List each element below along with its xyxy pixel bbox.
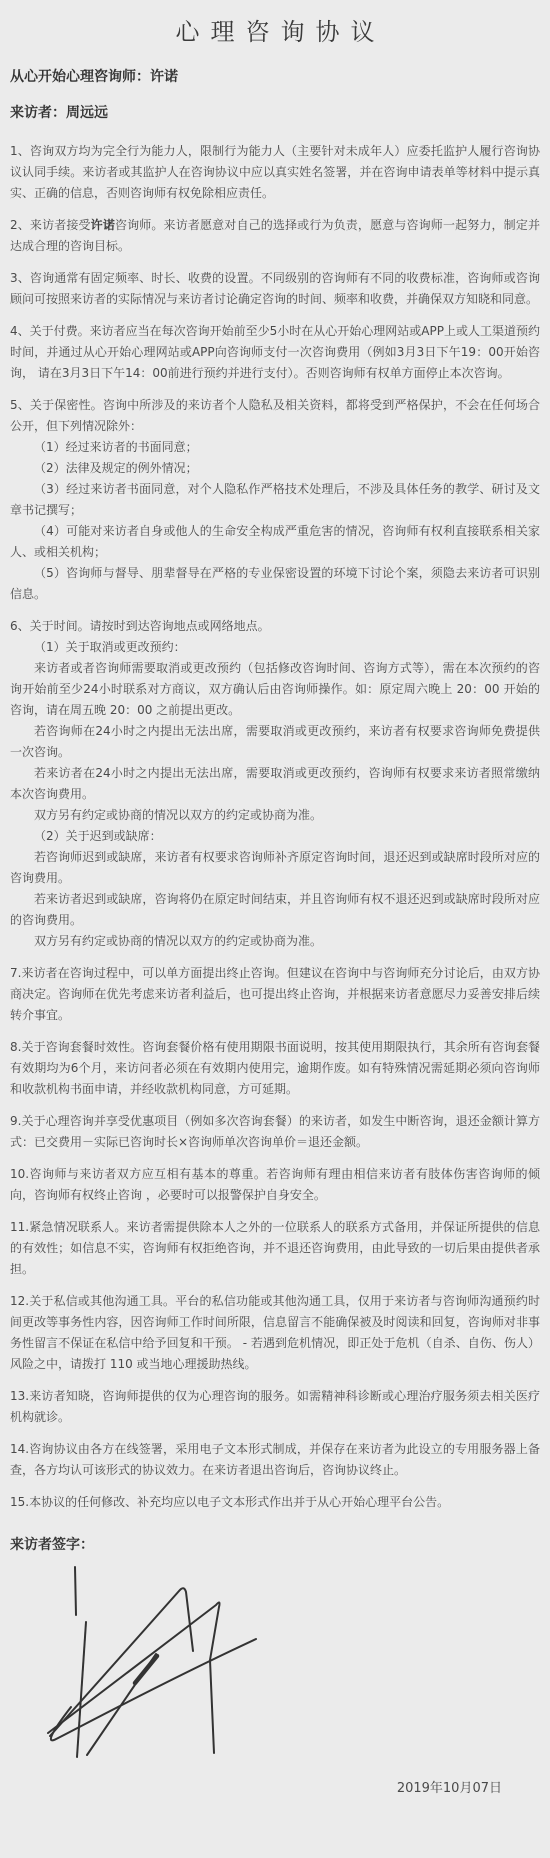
agreement-paragraph: 12.关于私信或其他沟通工具。平台的私信功能或其他沟通工具，仅用于来访者与咨询师… — [10, 1291, 540, 1375]
paragraph-text: 4、关于付费。来访者应当在每次咨询开始前至少5小时在从心开始心理网站或APP上或… — [10, 324, 540, 380]
agreement-paragraph: 若咨询师在24小时之内提出无法出席，需要取消或更改预约，来访者有权要求咨询师免费… — [10, 721, 540, 763]
agreement-paragraph: （1）经过来访者的书面同意； — [10, 437, 540, 458]
agreement-paragraph: （2）法律及规定的例外情况； — [10, 458, 540, 479]
signature-stroke — [77, 1622, 86, 1757]
signature-stroke — [75, 1567, 76, 1615]
agreement-paragraph: 7.来访者在咨询过程中，可以单方面提出终止咨询。但建议在咨询中与咨询师充分讨论后… — [10, 963, 540, 1026]
agreement-page: 心理咨询协议 从心开始心理咨询师：许诺 来访者：周远远 1、咨询双方均为完全行为… — [0, 0, 550, 1858]
agreement-paragraph: 双方另有约定或协商的情况以双方的约定或协商为准。 — [10, 805, 540, 826]
counselor-line: 从心开始心理咨询师：许诺 — [10, 67, 540, 87]
agreement-paragraph: 8.关于咨询套餐时效性。咨询套餐价格有使用期限书面说明，按其使用期限执行，其余所… — [10, 1037, 540, 1100]
agreement-paragraph: 11.紧急情况联系人。来访者需提供除本人之外的一位联系人的联系方式备用，并保证所… — [10, 1217, 540, 1280]
agreement-paragraph: 10.咨询师与来访者双方应互相有基本的尊重。若咨询师有理由相信来访者有肢体伤害咨… — [10, 1164, 540, 1206]
agreement-paragraph: 14.咨询协议由各方在线签署，采用电子文本形式制成，并保存在来访者为此设立的专用… — [10, 1439, 540, 1481]
paragraph-text: （5）咨询师与督导、朋辈督导在严格的专业保密设置的环境下讨论个案，须隐去来访者可… — [10, 566, 540, 601]
agreement-paragraph: （1）关于取消或更改预约： — [10, 637, 540, 658]
paragraph-text: 双方另有约定或协商的情况以双方的约定或协商为准。 — [34, 934, 322, 948]
paragraph-text: 9.关于心理咨询并享受优惠项目（例如多次咨询套餐）的来访者，如发生中断咨询，退还… — [10, 1114, 540, 1149]
agreement-paragraph: 若来访者迟到或缺席，咨询将仍在原定时间结束，并且咨询师有权不退还迟到或缺席时段所… — [10, 889, 540, 931]
paragraph-text: 12.关于私信或其他沟通工具。平台的私信功能或其他沟通工具，仅用于来访者与咨询师… — [10, 1294, 540, 1371]
agreement-paragraph: 3、咨询通常有固定频率、时长、收费的设置。不同级别的咨询师有不同的收费标准，咨询… — [10, 268, 540, 310]
paragraph-text: 6、关于时间。请按时到达咨询地点或网络地点。 — [10, 619, 270, 633]
agreement-paragraph: （5）咨询师与督导、朋辈督导在严格的专业保密设置的环境下讨论个案，须隐去来访者可… — [10, 563, 540, 605]
agreement-paragraph: 若来访者在24小时之内提出无法出席，需要取消或更改预约，咨询师有权要求来访者照常… — [10, 763, 540, 805]
paragraph-text: 10.咨询师与来访者双方应互相有基本的尊重。若咨询师有理由相信来访者有肢体伤害咨… — [10, 1167, 540, 1202]
agreement-paragraph: 2、来访者接受许诺咨询师。来访者愿意对自己的选择或行为负责，愿意与咨询师一起努力… — [10, 215, 540, 257]
signature-date: 2019年10月07日 — [10, 1780, 540, 1798]
paragraph-text: （2）关于迟到或缺席： — [34, 829, 162, 843]
agreement-paragraph: 9.关于心理咨询并享受优惠项目（例如多次咨询套餐）的来访者，如发生中断咨询，退还… — [10, 1111, 540, 1153]
paragraph-text: 14.咨询协议由各方在线签署，采用电子文本形式制成，并保存在来访者为此设立的专用… — [10, 1442, 540, 1477]
paragraph-text: 13.来访者知晓，咨询师提供的仅为心理咨询的服务。如需精神科诊断或心理治疗服务须… — [10, 1389, 540, 1424]
agreement-paragraph: 1、咨询双方均为完全行为能力人，限制行为能力人（主要针对未成年人）应委托监护人履… — [10, 141, 540, 204]
paragraph-text: （3）经过来访者书面同意，对个人隐私作严格技术处理后，不涉及具体任务的教学、研讨… — [10, 482, 540, 517]
agreement-paragraph: 4、关于付费。来访者应当在每次咨询开始前至少5小时在从心开始心理网站或APP上或… — [10, 321, 540, 384]
paragraph-text: （4）可能对来访者自身或他人的生命安全构成严重危害的情况，咨询师有权利直接联系相… — [10, 524, 540, 559]
paragraph-text: （2）法律及规定的例外情况； — [34, 461, 198, 475]
agreement-paragraph: （3）经过来访者书面同意，对个人隐私作严格技术处理后，不涉及具体任务的教学、研讨… — [10, 479, 540, 521]
paragraph-text: 5、关于保密性。咨询中所涉及的来访者个人隐私及相关资料，都将受到严格保护，不会在… — [10, 398, 540, 433]
agreement-paragraph: （4）可能对来访者自身或他人的生命安全构成严重危害的情况，咨询师有权利直接联系相… — [10, 521, 540, 563]
signature-stroke — [135, 1656, 157, 1683]
counselor-name: 许诺 — [150, 69, 178, 85]
agreement-body: 1、咨询双方均为完全行为能力人，限制行为能力人（主要针对未成年人）应委托监护人履… — [10, 141, 540, 1513]
agreement-paragraph: 双方另有约定或协商的情况以双方的约定或协商为准。 — [10, 931, 540, 952]
paragraph-text: 若来访者迟到或缺席，咨询将仍在原定时间结束，并且咨询师有权不退还迟到或缺席时段所… — [10, 892, 540, 927]
paragraph-text: 2、来访者接受 — [10, 218, 91, 232]
visitor-label: 来访者： — [10, 105, 66, 121]
paragraph-text: 1、咨询双方均为完全行为能力人，限制行为能力人（主要针对未成年人）应委托监护人履… — [10, 144, 540, 200]
paragraph-text: 若咨询师在24小时之内提出无法出席，需要取消或更改预约，来访者有权要求咨询师免费… — [10, 724, 540, 759]
visitor-signature-image — [43, 1559, 293, 1764]
visitor-name: 周远远 — [66, 105, 108, 121]
agreement-paragraph: 若咨询师迟到或缺席，来访者有权要求咨询师补齐原定咨询时间，退还迟到或缺席时段所对… — [10, 847, 540, 889]
paragraph-text: （1）经过来访者的书面同意； — [34, 440, 198, 454]
agreement-paragraph: 5、关于保密性。咨询中所涉及的来访者个人隐私及相关资料，都将受到严格保护，不会在… — [10, 395, 540, 437]
paragraph-text: 11.紧急情况联系人。来访者需提供除本人之外的一位联系人的联系方式备用，并保证所… — [10, 1220, 540, 1276]
paragraph-text: 双方另有约定或协商的情况以双方的约定或协商为准。 — [34, 808, 322, 822]
paragraph-text: 来访者或者咨询师需要取消或更改预约（包括修改咨询时间、咨询方式等），需在本次预约… — [10, 661, 540, 717]
agreement-paragraph: 来访者或者咨询师需要取消或更改预约（包括修改咨询时间、咨询方式等），需在本次预约… — [10, 658, 540, 721]
paragraph-bold-text: 许诺 — [91, 218, 115, 232]
paragraph-text: 若咨询师迟到或缺席，来访者有权要求咨询师补齐原定咨询时间，退还迟到或缺席时段所对… — [10, 850, 540, 885]
visitor-line: 来访者：周远远 — [10, 103, 540, 123]
paragraph-text: 3、咨询通常有固定频率、时长、收费的设置。不同级别的咨询师有不同的收费标准，咨询… — [10, 271, 540, 306]
paragraph-text: 7.来访者在咨询过程中，可以单方面提出终止咨询。但建议在咨询中与咨询师充分讨论后… — [10, 966, 540, 1022]
agreement-paragraph: （2）关于迟到或缺席： — [10, 826, 540, 847]
agreement-paragraph: 13.来访者知晓，咨询师提供的仅为心理咨询的服务。如需精神科诊断或心理治疗服务须… — [10, 1386, 540, 1428]
paragraph-text: 8.关于咨询套餐时效性。咨询套餐价格有使用期限书面说明，按其使用期限执行，其余所… — [10, 1040, 540, 1096]
signature-stroke — [50, 1588, 193, 1736]
paragraph-text: 若来访者在24小时之内提出无法出席，需要取消或更改预约，咨询师有权要求来访者照常… — [10, 766, 540, 801]
paragraph-text: （1）关于取消或更改预约： — [34, 640, 186, 654]
paragraph-text: 15.本协议的任何修改、补充均应以电子文本形式作出并于从心开始心理平台公告。 — [10, 1495, 449, 1509]
agreement-paragraph: 15.本协议的任何修改、补充均应以电子文本形式作出并于从心开始心理平台公告。 — [10, 1492, 540, 1513]
counselor-label: 从心开始心理咨询师： — [10, 69, 150, 85]
signature-label: 来访者签字： — [10, 1535, 540, 1555]
agreement-paragraph: 6、关于时间。请按时到达咨询地点或网络地点。 — [10, 616, 540, 637]
page-title: 心理咨询协议 — [10, 12, 540, 47]
